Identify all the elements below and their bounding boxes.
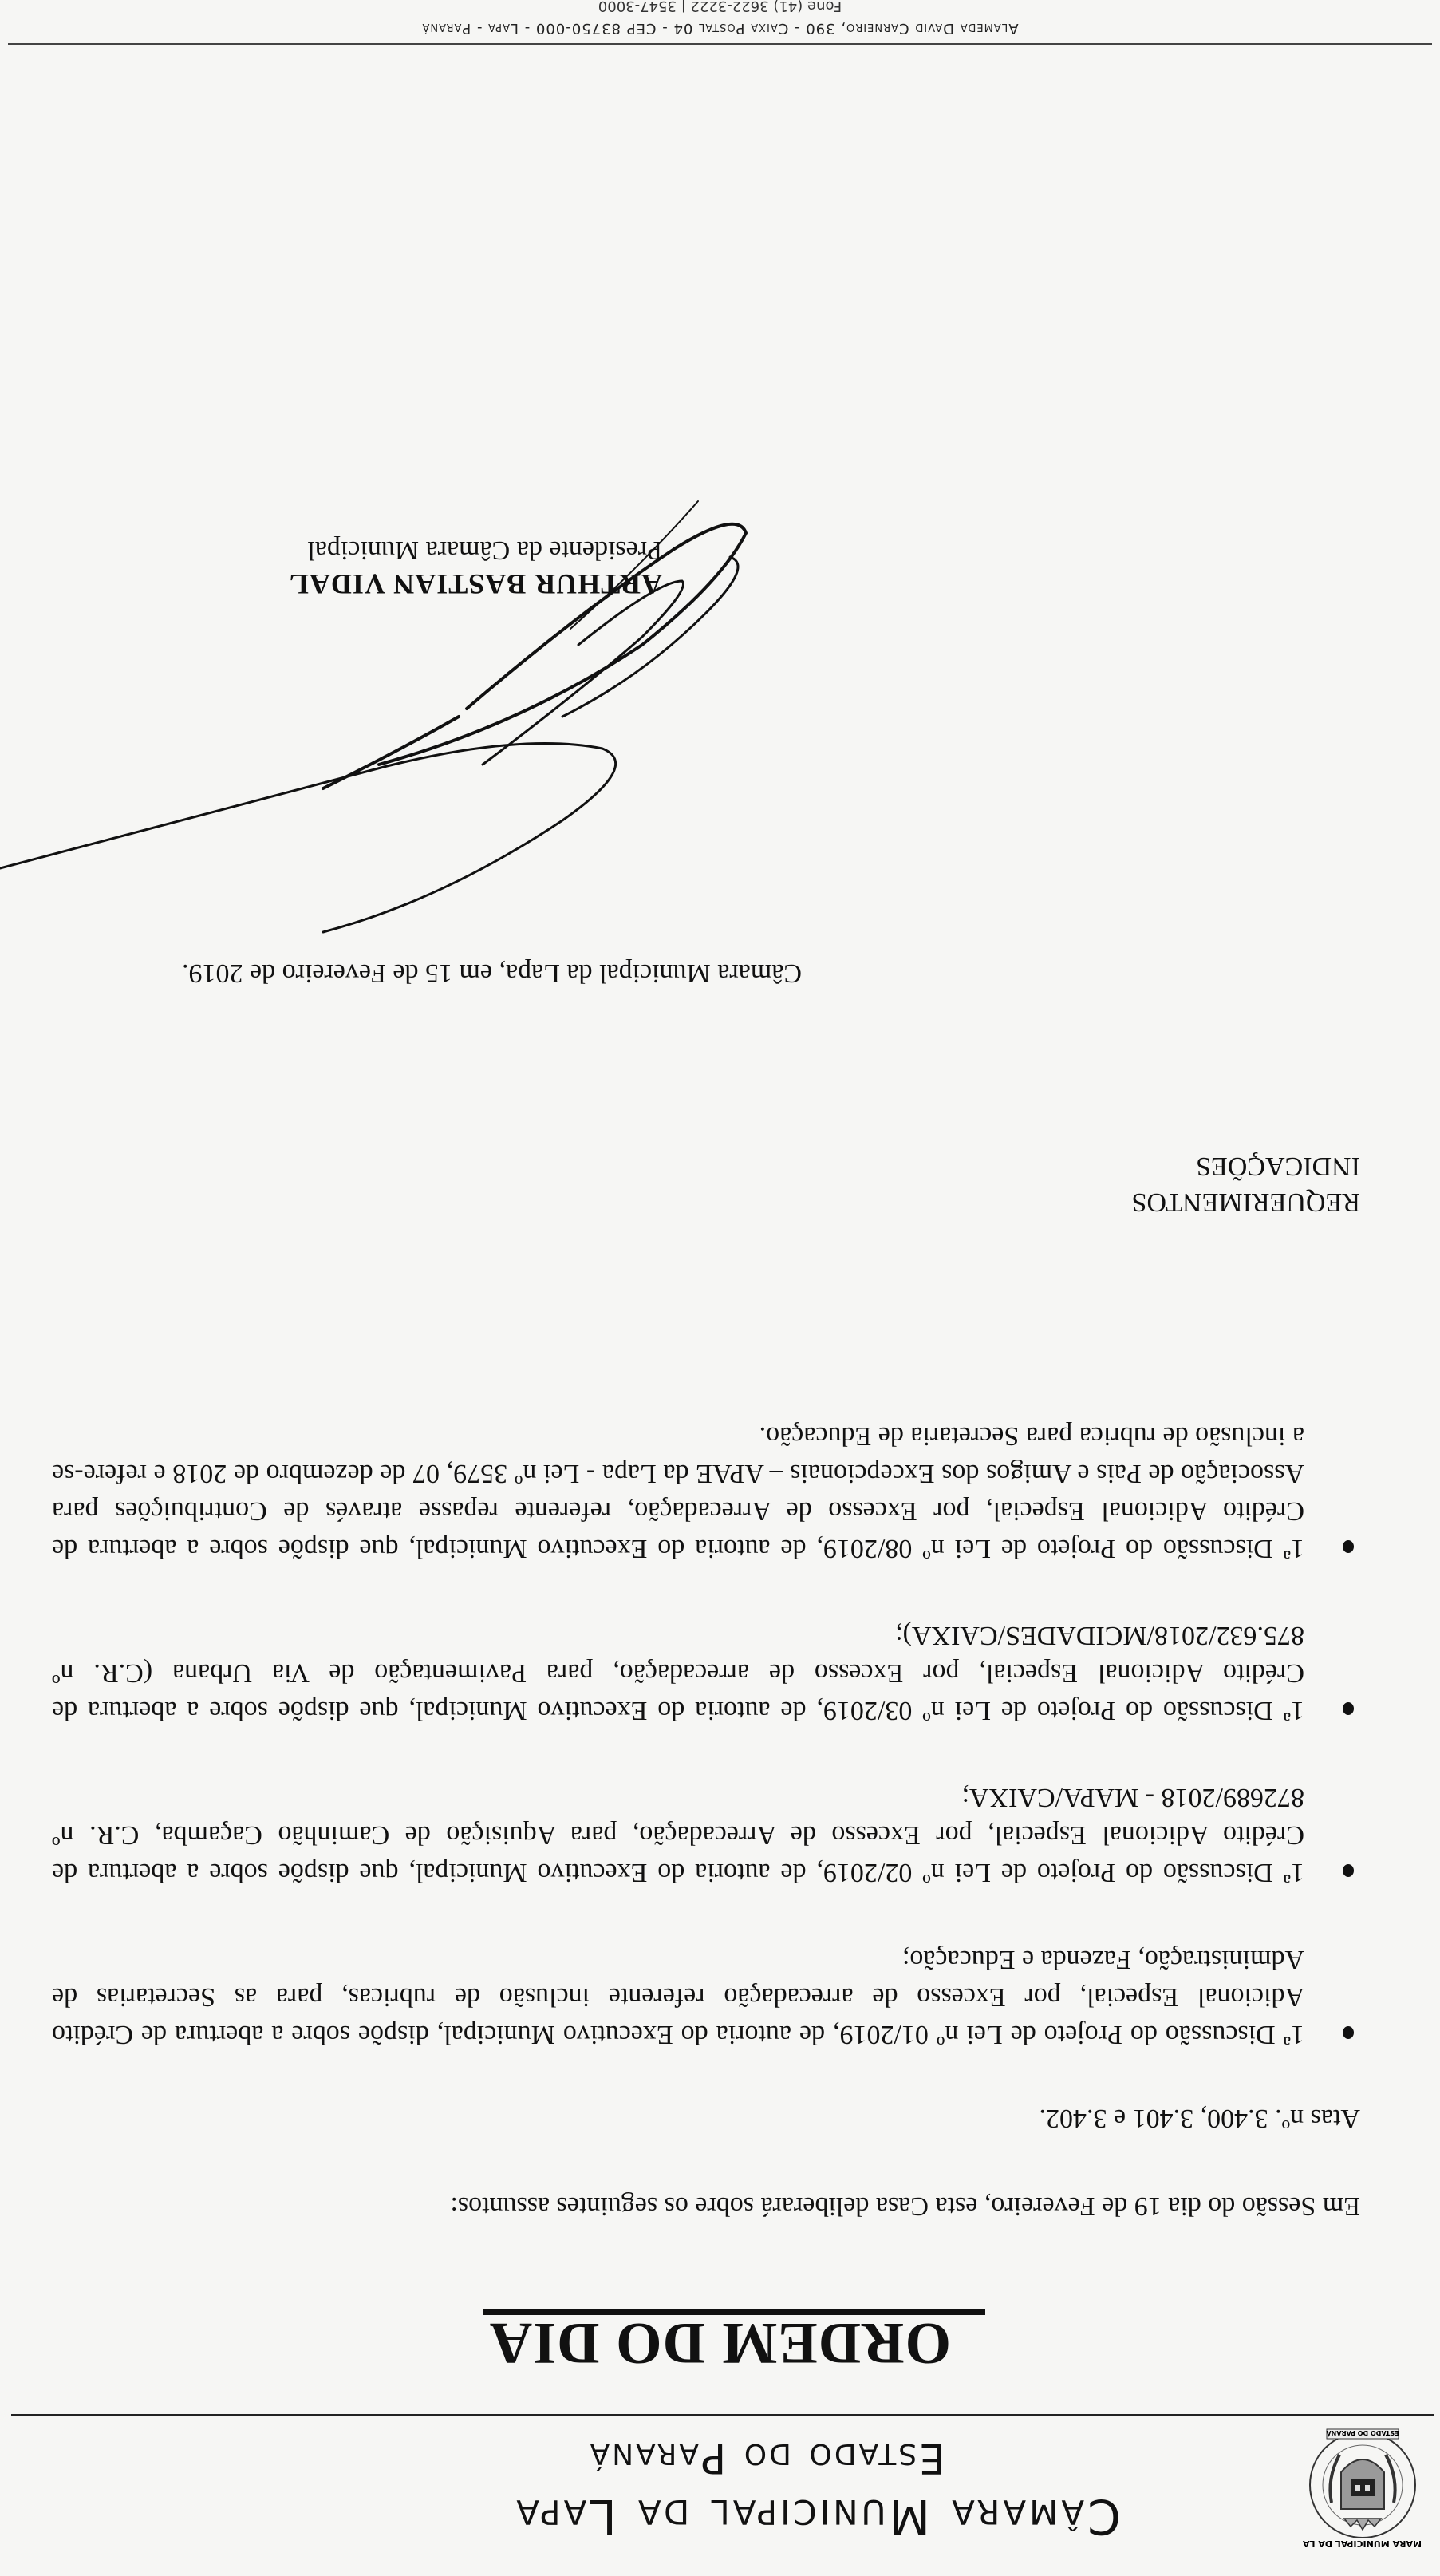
list-item: 1ª Discussão do Projeto de Lei nº 01/201…	[52, 1941, 1304, 2053]
bullet-icon	[1343, 1864, 1354, 1877]
minutes-list: Atas nº. 3.400, 3.401 e 3.402.	[68, 2100, 1360, 2137]
list-item: 1ª Discussão do Projeto de Lei nº 03/201…	[52, 1617, 1304, 1729]
agenda-list: 1ª Discussão do Projeto de Lei nº 01/201…	[52, 1368, 1304, 2053]
list-item: 1ª Discussão do Projeto de Lei nº 02/201…	[52, 1779, 1304, 1891]
header-divider	[11, 2414, 1434, 2416]
list-item: 1ª Discussão do Projeto de Lei nº 08/201…	[52, 1417, 1304, 1567]
signer-name: ARTHUR BASTIAN VIDAL	[289, 567, 662, 601]
footer-phone: Fone (41) 3622-3222 | 3547-3000	[0, 0, 1440, 14]
organization-state: Estado do Paraná	[588, 2434, 945, 2482]
agenda-item-text: 1ª Discussão do Projeto de Lei nº 01/201…	[52, 1945, 1304, 2049]
agenda-item-text: 1ª Discussão do Projeto de Lei nº 03/201…	[52, 1621, 1304, 1725]
document-title: ORDEM DO DIA	[0, 2309, 1440, 2376]
agenda-item-text: 1ª Discussão do Projeto de Lei nº 08/201…	[52, 1421, 1304, 1563]
bullet-icon	[1343, 2026, 1354, 2039]
footer-divider	[8, 43, 1432, 45]
organization-name: Câmara Municipal da Lapa	[513, 2488, 1121, 2544]
session-intro: Em Sessão do dia 19 de Fevereiro, esta C…	[68, 2187, 1360, 2225]
bullet-icon	[1343, 1540, 1354, 1553]
signer-role: Presidente da Câmara Municipal	[307, 535, 662, 565]
letterhead: ESTADO DO PARANÁ CÂMARA MUNICIPAL DA LAP…	[0, 2416, 1440, 2576]
svg-text:CÂMARA MUNICIPAL DA LAPA: CÂMARA MUNICIPAL DA LAPA	[1303, 2538, 1422, 2549]
document-page: ESTADO DO PARANÁ CÂMARA MUNICIPAL DA LAP…	[0, 0, 1440, 2576]
title-underline	[483, 2309, 985, 2315]
date-line: Câmara Municipal da Lapa, em 15 de Fever…	[182, 958, 802, 988]
bullet-icon	[1343, 1702, 1354, 1715]
section-indicacoes: INDICAÇÕES	[1196, 1148, 1360, 1183]
section-requerimentos: REQUERIMENTOS	[1132, 1184, 1361, 1219]
agenda-item-text: 1ª Discussão do Projeto de Lei nº 02/201…	[52, 1783, 1304, 1887]
footer-address: Alameda David Carneiro, 390 - Caixa Post…	[0, 20, 1440, 37]
municipal-crest-icon: ESTADO DO PARANÁ CÂMARA MUNICIPAL DA LAP…	[1303, 2423, 1422, 2558]
